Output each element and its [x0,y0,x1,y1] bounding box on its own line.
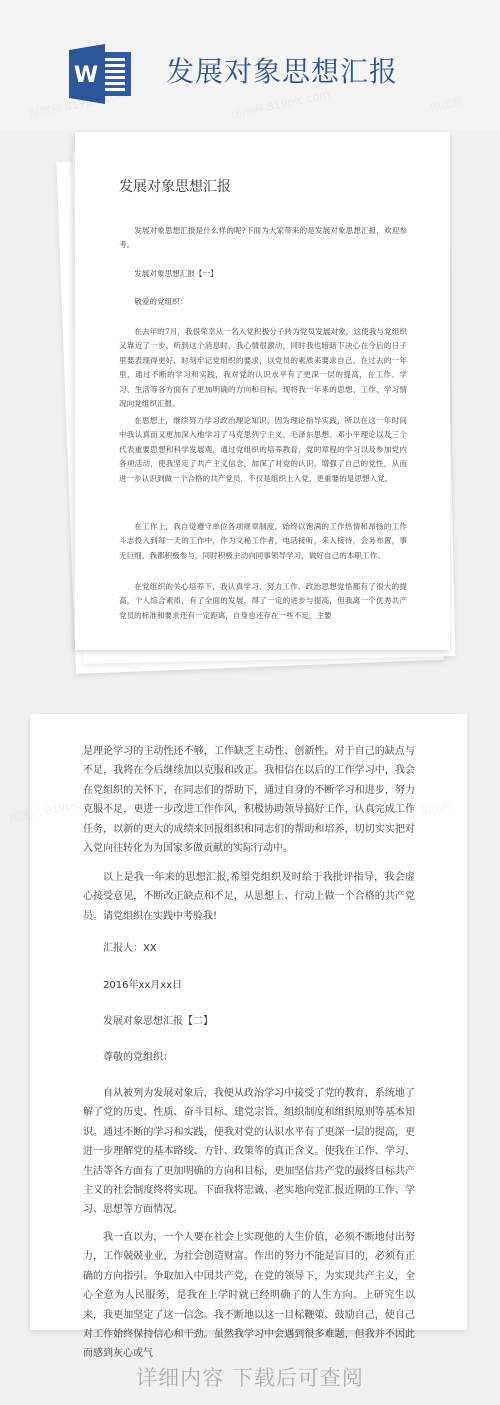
reporter-line: 汇报人：XX [83,939,415,958]
body-paragraph: 在工作上，我自觉遵守单位各项规章制度，始终以饱满的工作热情和昂扬的工作斗志投入到… [119,520,407,563]
download-hint: 详细内容 下载后可查阅 [0,1362,500,1392]
word-document-icon: W [69,44,133,104]
svg-text:W: W [74,63,98,88]
salutation: 敬爱的党组织： [119,295,407,309]
body-paragraph: 在党组织的关心培养下，我认真学习、努力工作，政治思想觉悟都有了很大的提高，个人综… [119,580,407,623]
body-paragraph: 我一直以为，一个人要在社会上实现他的人生价值，必须不断地付出努力，工作兢兢业业，… [83,1228,415,1364]
document-page-1: 发展对象思想汇报 发展对象思想汇报是什么样的呢?下面为大家带来的是发展对象思想汇… [75,132,450,650]
salutation: 尊敬的党组织： [83,1048,415,1067]
page-title: 发展对象思想汇报 [166,52,398,92]
body-paragraph: 在思想上，继续努力学习政治理论知识，因为理论指导实践，所以在这一年时间中我认真而… [119,414,407,486]
intro-paragraph: 发展对象思想汇报是什么样的呢?下面为大家带来的是发展对象思想汇报，欢迎参考。 [119,224,407,253]
section-heading: 发展对象思想汇报【二】 [83,1012,415,1031]
document-page-2: 是理论学习的主动性还不够，工作缺乏主动性、创新性。对于自己的缺点与不足，我将在今… [30,714,467,1330]
section-heading: 发展对象思想汇报【一】 [119,267,407,281]
body-paragraph: 在去年的7月，我很荣幸从一名入党积极分子转为党员发展对象，这使我与党组织又靠近了… [119,325,407,411]
date-line: 2016年xx月xx日 [83,976,415,995]
body-paragraph: 以上是我一年来的思想汇报,希望党组织及时给于我批评指导，我会虚心接受意见，不断改… [83,868,415,926]
header-banner: W 发展对象思想汇报 [0,0,500,130]
body-paragraph: 自从被列为发展对象后，我便从政治学习中接受了党的教育，系统地了解了党的历史、性质… [83,1084,415,1220]
document-title: 发展对象思想汇报 [119,176,231,196]
body-paragraph: 是理论学习的主动性还不够，工作缺乏主动性、创新性。对于自己的缺点与不足，我将在今… [83,742,415,858]
